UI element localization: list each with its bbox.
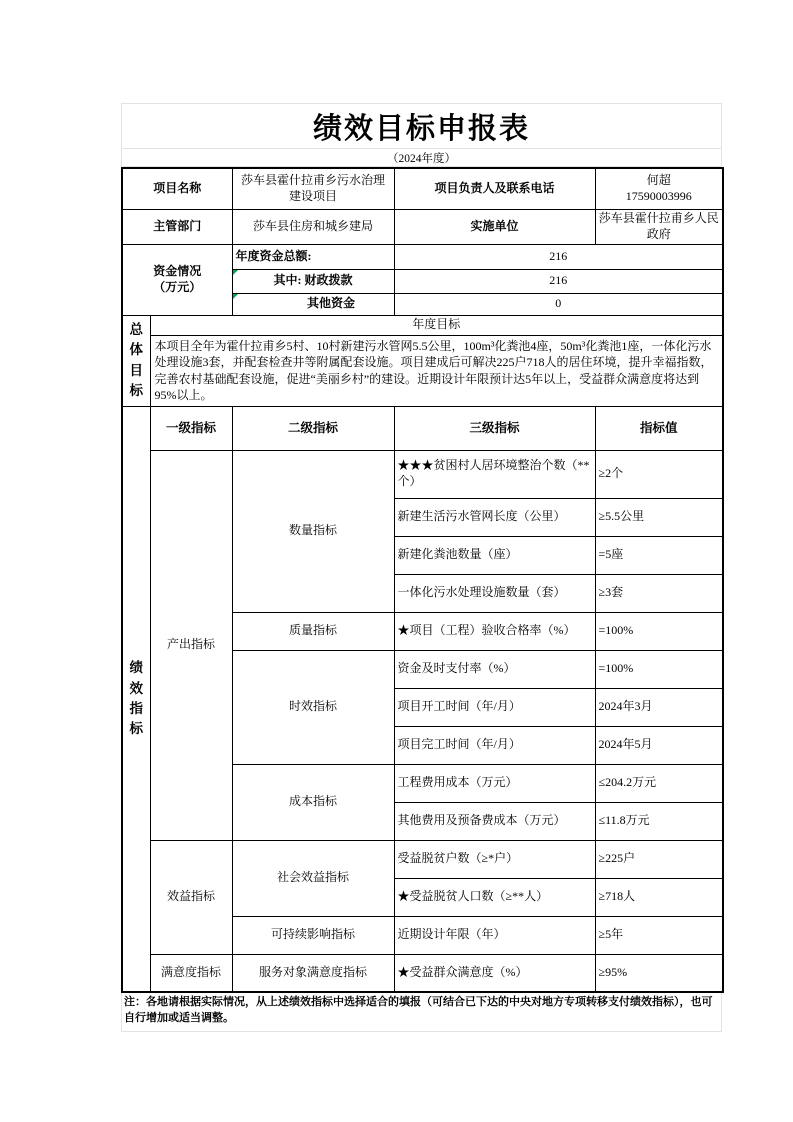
funding-fiscal-value: 216 — [394, 269, 723, 293]
funding-other-label-cell: 其他资金 — [232, 293, 394, 315]
l3-indicator: 项目完工时间（年/月） — [394, 726, 595, 764]
row-annual-goal-text: 本项目全年为霍什拉甫乡5村、10村新建污水管网5.5公里，100m³化粪池4座，… — [122, 335, 723, 406]
indicator-value: ≥3套 — [595, 574, 723, 612]
form-subtitle: （2024年度） — [121, 148, 722, 167]
funding-fiscal-label-cell: 其中: 财政拨款 — [232, 269, 394, 293]
implementer-label: 实施单位 — [394, 209, 595, 244]
indicator-value: =100% — [595, 650, 723, 688]
indicators-side-label: 绩效指标 — [128, 658, 144, 739]
l3-indicator: 受益脱贫户数（≥*户） — [394, 840, 595, 878]
overall-goal-side-label: 总体目标 — [128, 320, 144, 401]
title-band: 绩效目标申报表 — [121, 103, 722, 148]
funding-label-cell: 资金情况 （万元） — [122, 244, 232, 315]
indicator-value: =100% — [595, 612, 723, 650]
l3-indicator: 新建生活污水管网长度（公里） — [394, 498, 595, 536]
level2-timeliness: 时效指标 — [232, 650, 394, 764]
row-indicator-header: 绩效指标 一级指标 二级指标 三级指标 指标值 — [122, 406, 723, 450]
indicator-value: =5座 — [595, 536, 723, 574]
l3-indicator: 工程费用成本（万元） — [394, 764, 595, 802]
indicator-value: ≥5.5公里 — [595, 498, 723, 536]
indicator-value: 2024年5月 — [595, 726, 723, 764]
level2-social-benefit: 社会效益指标 — [232, 840, 394, 916]
level1-satisfaction: 满意度指标 — [150, 954, 232, 992]
cell-corner-marker — [233, 270, 238, 275]
l3-indicator: 新建化粪池数量（座） — [394, 536, 595, 574]
l3-indicator: 资金及时支付率（%） — [394, 650, 595, 688]
l3-indicator: ★受益脱贫人口数（≥**人） — [394, 878, 595, 916]
document-page: 绩效目标申报表 （2024年度） 项目名称 莎车县霍什拉甫乡污水治理建设项目 项… — [121, 103, 722, 1032]
indicator-value: ≤204.2万元 — [595, 764, 723, 802]
indicator-row: 效益指标 社会效益指标 受益脱贫户数（≥*户） ≥225户 — [122, 840, 723, 878]
funding-other-label: 其他资金 — [307, 296, 355, 310]
l3-indicator: 其他费用及预备费成本（万元） — [394, 802, 595, 840]
funding-fiscal-label: 其中: 财政拨款 — [274, 273, 353, 287]
funding-other-value: 0 — [394, 293, 723, 315]
manager-name: 何超 — [599, 173, 720, 189]
level1-benefit: 效益指标 — [150, 840, 232, 954]
level2-cost: 成本指标 — [232, 764, 394, 840]
overall-goal-side-label-cell: 总体目标 — [122, 315, 150, 406]
form-title: 绩效目标申报表 — [313, 106, 530, 147]
indicator-value: ≥2个 — [595, 450, 723, 498]
annual-goal-header: 年度目标 — [150, 315, 723, 335]
col-header-level1: 一级指标 — [150, 406, 232, 450]
row-funding-total: 资金情况 （万元） 年度资金总额: 216 — [122, 244, 723, 269]
department-label: 主管部门 — [122, 209, 232, 244]
department-value: 莎车县住房和城乡建局 — [232, 209, 394, 244]
level2-quantity: 数量指标 — [232, 450, 394, 612]
indicator-value: ≥5年 — [595, 916, 723, 954]
funding-total-value: 216 — [394, 244, 723, 269]
col-header-level2: 二级指标 — [232, 406, 394, 450]
manager-phone: 17590003996 — [599, 189, 720, 205]
indicator-value: ≤11.8万元 — [595, 802, 723, 840]
row-annual-goal-header: 总体目标 年度目标 — [122, 315, 723, 335]
manager-label: 项目负责人及联系电话 — [394, 168, 595, 209]
row-project-name: 项目名称 莎车县霍什拉甫乡污水治理建设项目 项目负责人及联系电话 何超 1759… — [122, 168, 723, 209]
project-name-label: 项目名称 — [122, 168, 232, 209]
annual-goal-text: 本项目全年为霍什拉甫乡5村、10村新建污水管网5.5公里，100m³化粪池4座，… — [150, 335, 723, 406]
indicator-row: 满意度指标 服务对象满意度指标 ★受益群众满意度（%） ≥95% — [122, 954, 723, 992]
col-header-value: 指标值 — [595, 406, 723, 450]
funding-label-line1: 资金情况 — [126, 264, 229, 280]
funding-label-line2: （万元） — [126, 280, 229, 296]
performance-form-table: 项目名称 莎车县霍什拉甫乡污水治理建设项目 项目负责人及联系电话 何超 1759… — [121, 167, 724, 993]
l3-indicator: 项目开工时间（年/月） — [394, 688, 595, 726]
col-header-level3: 三级指标 — [394, 406, 595, 450]
cell-corner-marker — [233, 294, 238, 299]
l3-indicator: 近期设计年限（年） — [394, 916, 595, 954]
funding-total-label: 年度资金总额: — [232, 244, 394, 269]
indicator-row: 产出指标 数量指标 ★★★贫困村人居环境整治个数（**个） ≥2个 — [122, 450, 723, 498]
l3-indicator: ★受益群众满意度（%） — [394, 954, 595, 992]
level2-sustainability: 可持续影响指标 — [232, 916, 394, 954]
l3-indicator: 一体化污水处理设施数量（套） — [394, 574, 595, 612]
l3-indicator: ★★★贫困村人居环境整治个数（**个） — [394, 450, 595, 498]
l3-indicator: ★项目（工程）验收合格率（%） — [394, 612, 595, 650]
indicator-value: ≥95% — [595, 954, 723, 992]
project-name-value: 莎车县霍什拉甫乡污水治理建设项目 — [232, 168, 394, 209]
level1-output: 产出指标 — [150, 450, 232, 840]
indicator-value: 2024年3月 — [595, 688, 723, 726]
indicators-side-label-cell: 绩效指标 — [122, 406, 150, 992]
manager-value-cell: 何超 17590003996 — [595, 168, 723, 209]
indicator-value: ≥718人 — [595, 878, 723, 916]
implementer-value: 莎车县霍什拉甫乡人民政府 — [595, 209, 723, 244]
indicator-value: ≥225户 — [595, 840, 723, 878]
footnote: 注：各地请根据实际情况，从上述绩效指标中选择适合的填报（可结合已下达的中央对地方… — [121, 993, 722, 1032]
row-department: 主管部门 莎车县住房和城乡建局 实施单位 莎车县霍什拉甫乡人民政府 — [122, 209, 723, 244]
level2-service-satisfaction: 服务对象满意度指标 — [232, 954, 394, 992]
level2-quality: 质量指标 — [232, 612, 394, 650]
